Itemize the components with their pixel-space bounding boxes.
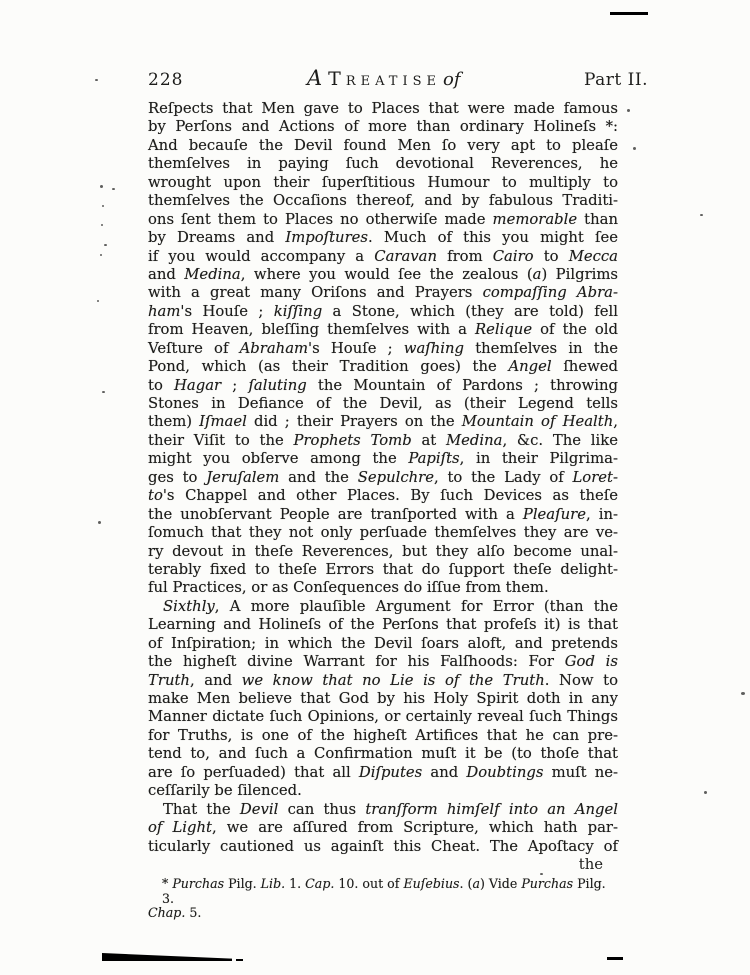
scan-speck xyxy=(104,244,107,246)
text-line: are ſo perſuaded) that all Diſputes and … xyxy=(148,764,618,782)
text-line: ſomuch that they not only perſuade themſ… xyxy=(148,524,618,542)
scan-speck xyxy=(97,300,99,302)
scan-speck xyxy=(95,79,98,81)
scan-speck xyxy=(627,109,630,112)
scan-speck xyxy=(704,791,707,794)
text-line: ry devout in theſe Reverences, but they … xyxy=(148,543,618,561)
scan-speck xyxy=(100,185,103,188)
text-line: That the Devil can thus tranſform himſel… xyxy=(148,801,618,819)
text-line: ful Practices, or as Conſequences do iſſ… xyxy=(148,579,618,597)
text-line: wrought upon their ſuperſtitious Humour … xyxy=(148,174,618,192)
scan-artifact-top-right xyxy=(610,12,648,15)
page-header: 228 ATREATISEof Part II. xyxy=(148,66,648,92)
scan-speck xyxy=(101,224,103,226)
text-line: Reſpects that Men gave to Places that we… xyxy=(148,100,618,118)
footnote-line: Chap. 5. xyxy=(148,906,618,921)
running-title-initial: A xyxy=(307,66,322,90)
text-line: their Viſit to the Prophets Tomb at Medi… xyxy=(148,432,618,450)
text-line: them) Iſmael did ; their Prayers on the … xyxy=(148,413,618,431)
scan-speck xyxy=(540,873,543,875)
running-title-main: TREATISE xyxy=(328,68,441,90)
text-line: of Inſpiration; in which the Devil ſoars… xyxy=(148,635,618,653)
text-line: to Hagar ; ſaluting the Mountain of Pard… xyxy=(148,377,618,395)
text-line: ges to Jeruſalem and the Sepulchre, to t… xyxy=(148,469,618,487)
text-line: and Medina, where you would ſee the zeal… xyxy=(148,266,618,284)
scan-artifact-bottom-left xyxy=(102,953,232,961)
text-line: make Men believe that God by his Holy Sp… xyxy=(148,690,618,708)
footnote: * Purchas Pilg. Lib. 1. Cap. 10. out of … xyxy=(148,877,618,921)
running-title: ATREATISEof xyxy=(307,66,461,90)
text-line: ham's Houſe ; kiſſing a Stone, which (th… xyxy=(148,303,618,321)
text-line: Pond, which (as their Tradition goes) th… xyxy=(148,358,618,376)
text-line: might you obſerve among the Papiſts, in … xyxy=(148,450,618,468)
text-line: ticularly cautioned us againſt this Chea… xyxy=(148,838,618,856)
part-label: Part II. xyxy=(584,70,648,90)
text-line: Truth, and we know that no Lie is of the… xyxy=(148,672,618,690)
text-line: to's Chappel and other Places. By ſuch D… xyxy=(148,487,618,505)
scanned-page: 228 ATREATISEof Part II. Reſpects that M… xyxy=(0,0,750,975)
scan-speck xyxy=(741,692,745,695)
scan-speck xyxy=(700,214,703,216)
text-line: tend to, and ſuch a Confirmation muſt it… xyxy=(148,745,618,763)
text-line: the higheſt divine Warrant for his Falſh… xyxy=(148,653,618,671)
scan-speck xyxy=(102,391,105,393)
text-line: Learning and Holineſs of the Perſons tha… xyxy=(148,616,618,634)
text-line: by Dreams and Impoſtures. Much of this y… xyxy=(148,229,618,247)
text-line: terably fixed to theſe Errors that do ſu… xyxy=(148,561,618,579)
text-line: themſelves in paying ſuch devotional Rev… xyxy=(148,155,618,173)
scan-speck xyxy=(98,521,101,524)
text-line: for Truths, is one of the higheſt Artifi… xyxy=(148,727,618,745)
scan-artifact-bottom-dash xyxy=(236,959,243,961)
text-line: ceſſarily be ſilenced. xyxy=(148,782,618,800)
footnote-line: * Purchas Pilg. Lib. 1. Cap. 10. out of … xyxy=(148,877,618,906)
text-line: ons ſent them to Places no otherwiſe mad… xyxy=(148,211,618,229)
text-line: Manner dictate ſuch Opinions, or certain… xyxy=(148,708,618,726)
text-line: Stones in Defiance of the Devil, as (the… xyxy=(148,395,618,413)
text-line: from Heaven, bleſſing themſelves with a … xyxy=(148,321,618,339)
text-line: of Light, we are aſſured from Scripture,… xyxy=(148,819,618,837)
text-line: with a great many Oriſons and Prayers co… xyxy=(148,284,618,302)
running-title-of: of xyxy=(443,69,461,90)
text-line: And becauſe the Devil found Men ſo very … xyxy=(148,137,618,155)
text-line: themſelves the Occaſions thereof, and by… xyxy=(148,192,618,210)
text-line: Veſture of Abraham's Houſe ; waſhing the… xyxy=(148,340,618,358)
scan-artifact-bottom-right xyxy=(607,957,623,960)
text-line: the unobſervant People are tranſported w… xyxy=(148,506,618,524)
scan-speck xyxy=(100,254,102,256)
scan-speck xyxy=(112,188,115,190)
text-line: if you would accompany a Caravan from Ca… xyxy=(148,248,618,266)
catchword: the xyxy=(148,856,603,873)
text-line: Sixthly, A more plauſible Argument for E… xyxy=(148,598,618,616)
scan-speck xyxy=(102,205,104,207)
page-number: 228 xyxy=(148,70,183,90)
scan-speck xyxy=(633,147,636,150)
text-block: Reſpects that Men gave to Places that we… xyxy=(148,100,618,856)
text-line: by Perſons and Actions of more than ordi… xyxy=(148,118,618,136)
